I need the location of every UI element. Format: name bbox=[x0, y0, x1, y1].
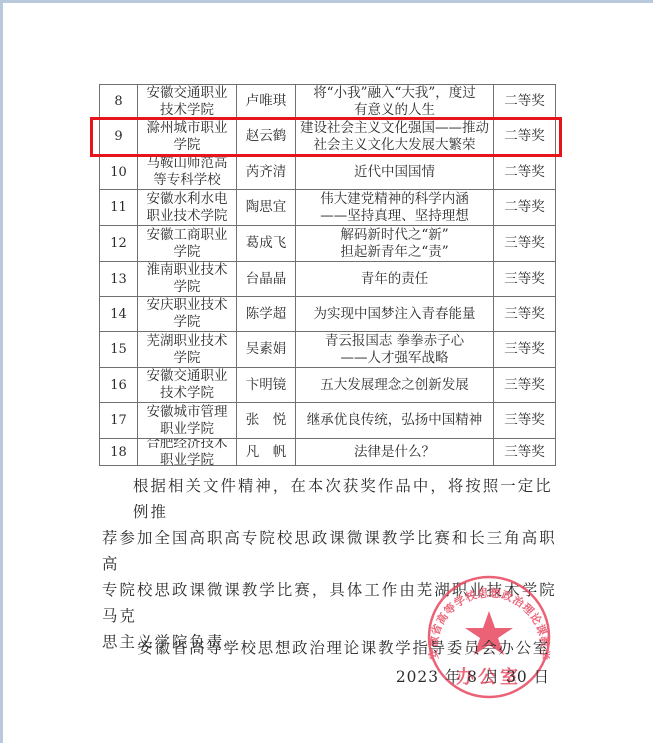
award-level-cell: 三等奖 bbox=[494, 439, 556, 466]
issuer-signature: 安徽省高等学校思想政治理论课教学指导委员会办公室 bbox=[137, 636, 550, 658]
author-name-cell-line: 吴素娟 bbox=[239, 341, 293, 358]
awards-table-body: 8安徽交通职业技术学院卢唯琪将“小我”融入“大我”，度过有意义的人生二等奖9滁州… bbox=[100, 85, 556, 466]
school-cell: 滁州城市职业学院 bbox=[138, 119, 237, 155]
work-title-cell-line: 有意义的人生 bbox=[298, 102, 491, 119]
award-level-cell: 三等奖 bbox=[494, 368, 556, 403]
table-row: 9滁州城市职业学院赵云鹤建设社会主义文化强国——推动社会主义文化大发展大繁荣二等… bbox=[100, 119, 556, 155]
school-cell: 安徽工商职业学院 bbox=[138, 226, 237, 262]
author-name-cell-line: 凡 帆 bbox=[239, 444, 293, 461]
award-level-cell-line: 二等奖 bbox=[496, 128, 553, 145]
row-number-cell-line: 8 bbox=[102, 93, 135, 110]
award-level-cell: 三等奖 bbox=[494, 226, 556, 262]
body-paragraph: 根据相关文件精神，在本次获奖作品中，将按照一定比例推 荐参加全国高职高专院校思政… bbox=[102, 473, 562, 655]
school-cell-line: 安徽水利水电 bbox=[140, 191, 234, 208]
row-number-cell-line: 10 bbox=[102, 164, 135, 181]
paragraph-line-1: 根据相关文件精神，在本次获奖作品中，将按照一定比例推 bbox=[102, 473, 562, 525]
school-cell-line: 滁州城市职业 bbox=[140, 120, 234, 137]
school-cell-line: 学院 bbox=[140, 244, 234, 261]
school-cell-line: 安徽交通职业 bbox=[140, 368, 234, 385]
award-level-cell-line: 三等奖 bbox=[496, 412, 553, 429]
work-title-cell: 法律是什么？ bbox=[296, 439, 494, 466]
author-name-cell: 张 悦 bbox=[237, 403, 296, 439]
school-cell-line: 安徽城市管理 bbox=[140, 404, 234, 421]
school-cell-line: 职业学院 bbox=[140, 452, 234, 465]
school-cell-line: 职业技术学院 bbox=[140, 208, 234, 225]
school-cell: 安徽交通职业技术学院 bbox=[138, 85, 237, 119]
school-cell: 安徽交通职业技术学院 bbox=[138, 368, 237, 403]
row-number-cell-line: 15 bbox=[102, 341, 135, 358]
award-level-cell-line: 三等奖 bbox=[496, 341, 553, 358]
school-cell-line: 技术学院 bbox=[140, 385, 234, 402]
school-cell: 合肥经济技术职业学院 bbox=[138, 439, 237, 466]
school-cell-line: 等专科学校 bbox=[140, 172, 234, 189]
author-name-cell: 卞明镜 bbox=[237, 368, 296, 403]
school-cell-line: 职业学院 bbox=[140, 421, 234, 438]
work-title-cell-line: 为实现中国梦注入青春能量 bbox=[298, 306, 491, 323]
work-title-cell-line: ——坚持真理、坚持理想 bbox=[298, 208, 491, 225]
table-row: 15芜湖职业技术学院吴素娟青云报国志 拳拳赤子心——人才强军战略三等奖 bbox=[100, 332, 556, 368]
work-title-cell-line: 社会主义文化大发展大繁荣 bbox=[298, 137, 491, 154]
award-level-cell: 二等奖 bbox=[494, 190, 556, 226]
row-number-cell: 12 bbox=[100, 226, 138, 262]
row-number-cell: 11 bbox=[100, 190, 138, 226]
table-row: 17安徽城市管理职业学院张 悦继承优良传统，弘扬中国精神三等奖 bbox=[100, 403, 556, 439]
school-cell-line: 安徽交通职业 bbox=[140, 85, 234, 102]
row-number-cell-line: 9 bbox=[102, 128, 135, 145]
row-number-cell-line: 18 bbox=[102, 444, 135, 461]
work-title-cell-line: 伟大建党精神的科学内涵 bbox=[298, 191, 491, 208]
work-title-cell: 为实现中国梦注入青春能量 bbox=[296, 297, 494, 332]
author-name-cell: 葛成飞 bbox=[237, 226, 296, 262]
work-title-cell-line: 青年的责任 bbox=[298, 271, 491, 288]
paragraph-line-2: 荐参加全国高职高专院校思政课微课教学比赛和长三角高职高 bbox=[102, 525, 562, 577]
award-level-cell-line: 三等奖 bbox=[496, 444, 553, 461]
row-number-cell: 18 bbox=[100, 439, 138, 466]
author-name-cell: 吴素娟 bbox=[237, 332, 296, 368]
work-title-cell-line: 五大发展理念之创新发展 bbox=[298, 377, 491, 394]
work-title-cell: 五大发展理念之创新发展 bbox=[296, 368, 494, 403]
school-cell-line: 安庆职业技术 bbox=[140, 297, 234, 314]
award-level-cell: 二等奖 bbox=[494, 85, 556, 119]
author-name-cell-line: 芮齐清 bbox=[239, 164, 293, 181]
table-row: 18合肥经济技术职业学院凡 帆法律是什么？三等奖 bbox=[100, 439, 556, 466]
row-number-cell: 9 bbox=[100, 119, 138, 155]
award-level-cell: 三等奖 bbox=[494, 297, 556, 332]
school-cell-line: 安徽工商职业 bbox=[140, 227, 234, 244]
table-row: 8安徽交通职业技术学院卢唯琪将“小我”融入“大我”，度过有意义的人生二等奖 bbox=[100, 85, 556, 119]
row-number-cell: 14 bbox=[100, 297, 138, 332]
school-cell-line: 学院 bbox=[140, 279, 234, 296]
row-number-cell-line: 12 bbox=[102, 235, 135, 252]
school-cell-line: 芜湖职业技术 bbox=[140, 333, 234, 350]
school-cell-line: 学院 bbox=[140, 350, 234, 367]
award-level-cell: 三等奖 bbox=[494, 332, 556, 368]
school-cell: 马鞍山师范高等专科学校 bbox=[138, 155, 237, 190]
work-title-cell: 伟大建党精神的科学内涵——坚持真理、坚持理想 bbox=[296, 190, 494, 226]
author-name-cell: 陶思宜 bbox=[237, 190, 296, 226]
work-title-cell-line: 青云报国志 拳拳赤子心 bbox=[298, 333, 491, 350]
award-level-cell: 二等奖 bbox=[494, 155, 556, 190]
work-title-cell-line: 将“小我”融入“大我”，度过 bbox=[298, 85, 491, 102]
work-title-cell: 青云报国志 拳拳赤子心——人才强军战略 bbox=[296, 332, 494, 368]
author-name-cell: 芮齐清 bbox=[237, 155, 296, 190]
issue-date: 2023 年 8 月 30 日 bbox=[396, 665, 550, 687]
work-title-cell: 解码新时代之“新”担起新青年之“责” bbox=[296, 226, 494, 262]
row-number-cell-line: 14 bbox=[102, 306, 135, 323]
school-cell: 安庆职业技术学院 bbox=[138, 297, 237, 332]
awards-table: 8安徽交通职业技术学院卢唯琪将“小我”融入“大我”，度过有意义的人生二等奖9滁州… bbox=[99, 84, 556, 466]
author-name-cell-line: 台晶晶 bbox=[239, 271, 293, 288]
award-level-cell-line: 二等奖 bbox=[496, 199, 553, 216]
work-title-cell: 建设社会主义文化强国——推动社会主义文化大发展大繁荣 bbox=[296, 119, 494, 155]
award-level-cell-line: 三等奖 bbox=[496, 306, 553, 323]
author-name-cell: 陈学超 bbox=[237, 297, 296, 332]
school-cell: 安徽城市管理职业学院 bbox=[138, 403, 237, 439]
award-level-cell: 三等奖 bbox=[494, 403, 556, 439]
award-level-cell: 二等奖 bbox=[494, 119, 556, 155]
award-level-cell-line: 三等奖 bbox=[496, 377, 553, 394]
table-row: 11安徽水利水电职业技术学院陶思宜伟大建党精神的科学内涵——坚持真理、坚持理想二… bbox=[100, 190, 556, 226]
row-number-cell-line: 17 bbox=[102, 412, 135, 429]
author-name-cell-line: 卞明镜 bbox=[239, 377, 293, 394]
row-number-cell-line: 16 bbox=[102, 377, 135, 394]
author-name-cell: 卢唯琪 bbox=[237, 85, 296, 119]
school-cell-line: 淮南职业技术 bbox=[140, 262, 234, 279]
school-cell-line: 合肥经济技术 bbox=[140, 439, 234, 452]
document-page: 8安徽交通职业技术学院卢唯琪将“小我”融入“大我”，度过有意义的人生二等奖9滁州… bbox=[3, 3, 653, 743]
work-title-cell-line: 解码新时代之“新” bbox=[298, 227, 491, 244]
table-row: 13淮南职业技术学院台晶晶青年的责任三等奖 bbox=[100, 262, 556, 297]
row-number-cell: 10 bbox=[100, 155, 138, 190]
award-level-cell-line: 二等奖 bbox=[496, 93, 553, 110]
row-number-cell: 13 bbox=[100, 262, 138, 297]
author-name-cell: 凡 帆 bbox=[237, 439, 296, 466]
school-cell: 安徽水利水电职业技术学院 bbox=[138, 190, 237, 226]
row-number-cell: 16 bbox=[100, 368, 138, 403]
work-title-cell-line: 法律是什么？ bbox=[298, 444, 491, 461]
work-title-cell: 近代中国国情 bbox=[296, 155, 494, 190]
school-cell-line: 马鞍山师范高 bbox=[140, 155, 234, 172]
work-title-cell-line: 建设社会主义文化强国——推动 bbox=[298, 120, 491, 137]
author-name-cell-line: 张 悦 bbox=[239, 412, 293, 429]
award-level-cell-line: 二等奖 bbox=[496, 164, 553, 181]
school-cell-line: 学院 bbox=[140, 137, 234, 154]
row-number-cell: 17 bbox=[100, 403, 138, 439]
school-cell-line: 学院 bbox=[140, 314, 234, 331]
author-name-cell-line: 陶思宜 bbox=[239, 199, 293, 216]
school-cell: 芜湖职业技术学院 bbox=[138, 332, 237, 368]
award-level-cell-line: 三等奖 bbox=[496, 271, 553, 288]
table-row: 14安庆职业技术学院陈学超为实现中国梦注入青春能量三等奖 bbox=[100, 297, 556, 332]
row-number-cell: 15 bbox=[100, 332, 138, 368]
work-title-cell: 将“小我”融入“大我”，度过有意义的人生 bbox=[296, 85, 494, 119]
work-title-cell: 青年的责任 bbox=[296, 262, 494, 297]
award-level-cell: 三等奖 bbox=[494, 262, 556, 297]
table-row: 16安徽交通职业技术学院卞明镜五大发展理念之创新发展三等奖 bbox=[100, 368, 556, 403]
author-name-cell-line: 卢唯琪 bbox=[239, 93, 293, 110]
paragraph-line-3: 专院校思政课微课教学比赛，具体工作由芜湖职业技术学院马克 bbox=[102, 577, 562, 629]
work-title-cell-line: 继承优良传统，弘扬中国精神 bbox=[298, 412, 491, 429]
work-title-cell-line: 近代中国国情 bbox=[298, 164, 491, 181]
row-number-cell-line: 13 bbox=[102, 271, 135, 288]
school-cell-line: 技术学院 bbox=[140, 102, 234, 119]
school-cell: 淮南职业技术学院 bbox=[138, 262, 237, 297]
award-level-cell-line: 三等奖 bbox=[496, 235, 553, 252]
author-name-cell-line: 赵云鹤 bbox=[239, 128, 293, 145]
author-name-cell-line: 陈学超 bbox=[239, 306, 293, 323]
row-number-cell: 8 bbox=[100, 85, 138, 119]
author-name-cell: 赵云鹤 bbox=[237, 119, 296, 155]
row-number-cell-line: 11 bbox=[102, 199, 135, 216]
author-name-cell: 台晶晶 bbox=[237, 262, 296, 297]
author-name-cell-line: 葛成飞 bbox=[239, 235, 293, 252]
work-title-cell: 继承优良传统，弘扬中国精神 bbox=[296, 403, 494, 439]
table-row: 12安徽工商职业学院葛成飞解码新时代之“新”担起新青年之“责”三等奖 bbox=[100, 226, 556, 262]
table-row: 10马鞍山师范高等专科学校芮齐清近代中国国情二等奖 bbox=[100, 155, 556, 190]
work-title-cell-line: 担起新青年之“责” bbox=[298, 244, 491, 261]
work-title-cell-line: ——人才强军战略 bbox=[298, 350, 491, 367]
